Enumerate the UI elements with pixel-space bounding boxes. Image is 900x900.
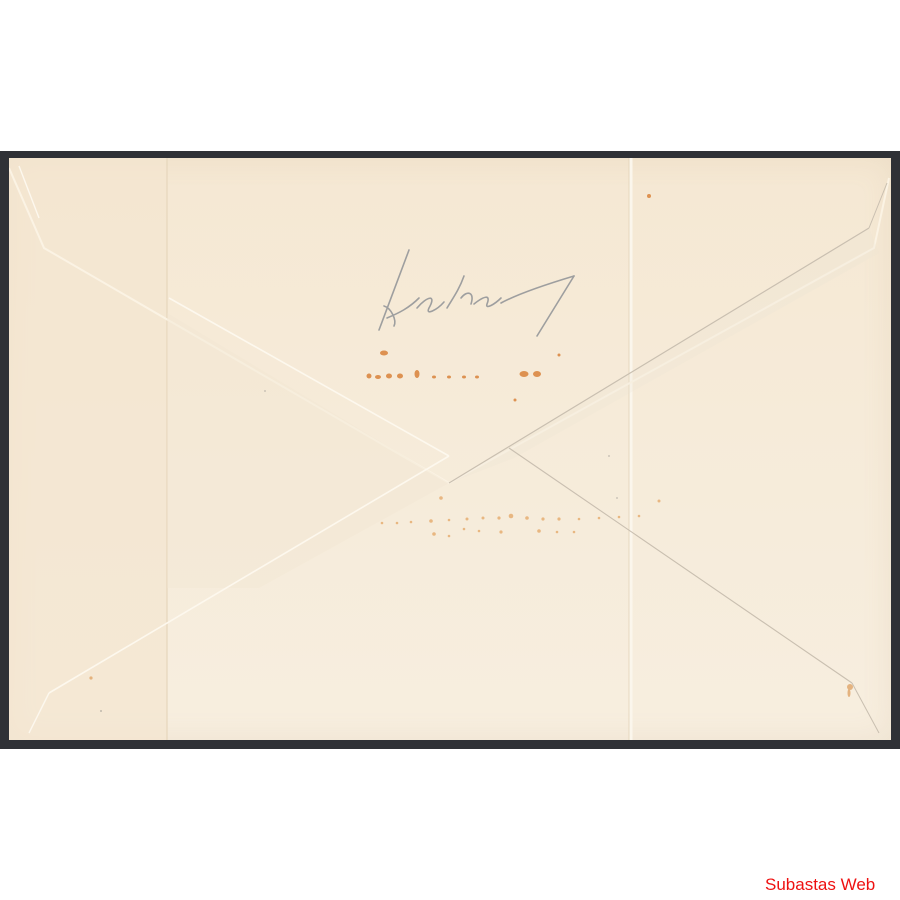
envelope-back: [9, 158, 891, 740]
envelope-flaps-drawing: [9, 158, 891, 740]
photo-stage: Subastas Web: [0, 0, 900, 900]
watermark-text: Subastas Web: [765, 876, 875, 893]
